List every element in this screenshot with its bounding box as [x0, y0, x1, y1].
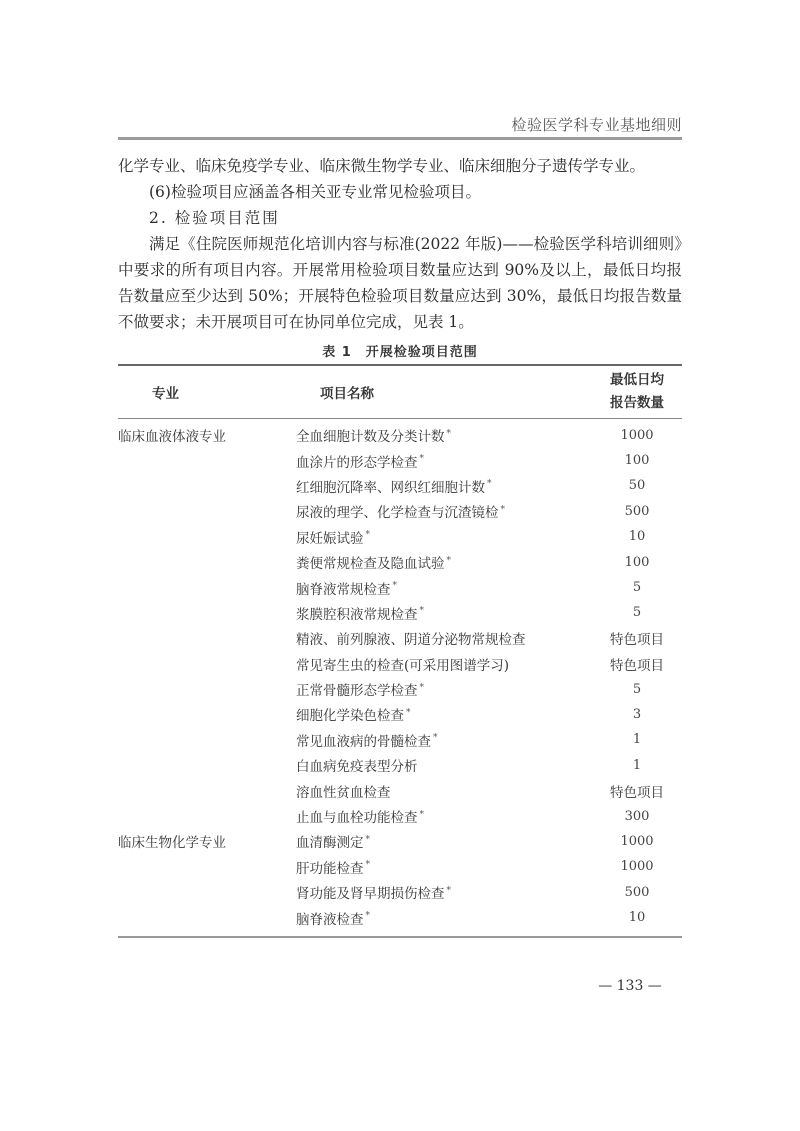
- required-asterisk: *: [420, 606, 425, 616]
- cell-item-name: 全血细胞计数及分类计数*: [296, 425, 592, 445]
- cell-min-daily-count: 5: [592, 682, 682, 697]
- cell-item-name: 尿妊娠试验*: [296, 527, 592, 547]
- item-name-text: 常见寄生虫的检查(可采用图谱学习): [296, 658, 509, 674]
- table-row: 常见血液病的骨髓检查*1: [118, 727, 682, 752]
- required-asterisk: *: [366, 835, 371, 845]
- running-header-title: 检验医学科专业基地细则: [118, 114, 682, 135]
- required-asterisk: *: [420, 810, 425, 820]
- table-row: 尿液的理学、化学检查与沉渣镜检*500: [118, 499, 682, 524]
- cell-item-name: 白血病免疫表型分析: [296, 755, 592, 775]
- table-row: 白血病免疫表型分析1: [118, 753, 682, 778]
- table-header: 专业 项目名称 最低日均 报告数量: [118, 366, 682, 418]
- page-number: — 133 —: [560, 978, 700, 994]
- cell-specialty: 临床生物化学专业: [118, 831, 296, 851]
- paragraph-item-6: (6)检验项目应涵盖各相关亚专业常见检验项目。: [118, 179, 682, 205]
- cell-min-daily-count: 5: [592, 580, 682, 595]
- header-min-daily-line2: 报告数量: [592, 392, 682, 415]
- paragraph-continuation: 化学专业、临床免疫学专业、临床微生物学专业、临床细胞分子遗传学专业。: [118, 153, 682, 179]
- item-name-text: 血涂片的形态学检查: [296, 455, 418, 471]
- cell-item-name: 常见寄生虫的检查(可采用图谱学习): [296, 654, 592, 674]
- item-name-text: 肝功能检查: [296, 861, 364, 877]
- cell-item-name: 肝功能检查*: [296, 857, 592, 877]
- cell-min-daily-count: 3: [592, 707, 682, 722]
- cell-item-name: 精液、前列腺液、阴道分泌物常规检查: [296, 628, 592, 648]
- required-asterisk: *: [447, 886, 452, 896]
- cell-specialty: 临床血液体液专业: [118, 425, 296, 445]
- cell-item-name: 粪便常规检查及隐血试验*: [296, 552, 592, 572]
- body-text: 化学专业、临床免疫学专业、临床微生物学专业、临床细胞分子遗传学专业。 (6)检验…: [118, 153, 682, 335]
- table-row: 精液、前列腺液、阴道分泌物常规检查特色项目: [118, 626, 682, 651]
- table-row: 尿妊娠试验*10: [118, 524, 682, 549]
- cell-min-daily-count: 10: [592, 529, 682, 544]
- item-name-text: 肾功能及肾早期损伤检查: [296, 886, 445, 902]
- item-name-text: 溶血性贫血检查: [296, 785, 391, 801]
- header-item-name: 项目名称: [296, 382, 592, 402]
- cell-min-daily-count: 1000: [592, 834, 682, 849]
- header-min-daily-line1: 最低日均: [592, 369, 682, 392]
- item-name-text: 血清酶测定: [296, 835, 364, 851]
- header-min-daily: 最低日均 报告数量: [592, 369, 682, 415]
- item-name-text: 精液、前列腺液、阴道分泌物常规检查: [296, 632, 526, 648]
- cell-min-daily-count: 1000: [592, 428, 682, 443]
- cell-min-daily-count: 1000: [592, 859, 682, 874]
- cell-item-name: 血涂片的形态学检查*: [296, 451, 592, 471]
- table-row: 血涂片的形态学检查*100: [118, 448, 682, 473]
- required-asterisk: *: [366, 860, 371, 870]
- cell-item-name: 浆膜腔积液常规检查*: [296, 603, 592, 623]
- cell-item-name: 红细胞沉降率、网织红细胞计数*: [296, 476, 592, 496]
- table-row: 止血与血栓功能检查*300: [118, 803, 682, 828]
- required-asterisk: *: [420, 683, 425, 693]
- table-row: 细胞化学染色检查*3: [118, 702, 682, 727]
- cell-min-daily-count: 300: [592, 809, 682, 824]
- table-bottom-rule: [118, 936, 682, 938]
- table-row: 浆膜腔积液常规检查*5: [118, 600, 682, 625]
- item-name-text: 止血与血栓功能检查: [296, 810, 418, 826]
- table: 专业 项目名称 最低日均 报告数量 临床血液体液专业全血细胞计数及分类计数*10…: [118, 364, 682, 938]
- cell-item-name: 脑脊液检查*: [296, 908, 592, 928]
- table-row: 粪便常规检查及隐血试验*100: [118, 549, 682, 574]
- item-name-text: 脑脊液常规检查: [296, 582, 391, 598]
- table-row: 脑脊液检查*10: [118, 905, 682, 930]
- table-row: 临床血液体液专业全血细胞计数及分类计数*1000: [118, 423, 682, 448]
- required-asterisk: *: [420, 454, 425, 464]
- item-name-text: 浆膜腔积液常规检查: [296, 607, 418, 623]
- cell-item-name: 正常骨髓形态学检查*: [296, 679, 592, 699]
- item-name-text: 粪便常规检查及隐血试验: [296, 556, 445, 572]
- table-row: 正常骨髓形态学检查*5: [118, 676, 682, 701]
- table-row: 脑脊液常规检查*5: [118, 575, 682, 600]
- cell-min-daily-count: 特色项目: [592, 781, 682, 801]
- required-asterisk: *: [366, 911, 371, 921]
- item-name-text: 红细胞沉降率、网织红细胞计数: [296, 480, 485, 496]
- table-row: 肾功能及肾早期损伤检查*500: [118, 880, 682, 905]
- table-row: 肝功能检查*1000: [118, 854, 682, 879]
- cell-item-name: 血清酶测定*: [296, 831, 592, 851]
- header-specialty: 专业: [118, 382, 296, 402]
- item-name-text: 常见血液病的骨髓检查: [296, 734, 431, 750]
- paragraph-scope: 满足《住院医师规范化培训内容与标准(2022 年版)——检验医学科培训细则》中要…: [118, 231, 682, 335]
- cell-item-name: 细胞化学染色检查*: [296, 704, 592, 724]
- cell-item-name: 止血与血栓功能检查*: [296, 806, 592, 826]
- cell-min-daily-count: 100: [592, 453, 682, 468]
- cell-item-name: 脑脊液常规检查*: [296, 578, 592, 598]
- cell-min-daily-count: 特色项目: [592, 628, 682, 648]
- table-row: 溶血性贫血检查特色项目: [118, 778, 682, 803]
- table-row: 常见寄生虫的检查(可采用图谱学习)特色项目: [118, 651, 682, 676]
- required-asterisk: *: [433, 733, 438, 743]
- item-name-text: 脑脊液检查: [296, 912, 364, 928]
- item-name-text: 白血病免疫表型分析: [296, 759, 418, 775]
- cell-min-daily-count: 500: [592, 885, 682, 900]
- table-body: 临床血液体液专业全血细胞计数及分类计数*1000血涂片的形态学检查*100红细胞…: [118, 419, 682, 937]
- required-asterisk: *: [366, 530, 371, 540]
- cell-item-name: 常见血液病的骨髓检查*: [296, 730, 592, 750]
- cell-min-daily-count: 1: [592, 732, 682, 747]
- required-asterisk: *: [447, 556, 452, 566]
- table-row: 红细胞沉降率、网织红细胞计数*50: [118, 473, 682, 498]
- required-asterisk: *: [501, 505, 506, 515]
- required-asterisk: *: [447, 429, 452, 439]
- cell-min-daily-count: 100: [592, 555, 682, 570]
- cell-item-name: 溶血性贫血检查: [296, 781, 592, 801]
- item-name-text: 细胞化学染色检查: [296, 708, 404, 724]
- cell-item-name: 尿液的理学、化学检查与沉渣镜检*: [296, 501, 592, 521]
- table-caption: 表 1 开展检验项目范围: [118, 341, 682, 360]
- cell-min-daily-count: 5: [592, 605, 682, 620]
- required-asterisk: *: [393, 581, 398, 591]
- cell-min-daily-count: 500: [592, 504, 682, 519]
- item-name-text: 尿液的理学、化学检查与沉渣镜检: [296, 505, 499, 521]
- table-row: 临床生物化学专业血清酶测定*1000: [118, 829, 682, 854]
- required-asterisk: *: [487, 479, 492, 489]
- item-name-text: 尿妊娠试验: [296, 531, 364, 547]
- cell-min-daily-count: 1: [592, 758, 682, 773]
- cell-min-daily-count: 50: [592, 478, 682, 493]
- cell-min-daily-count: 10: [592, 910, 682, 925]
- cell-item-name: 肾功能及肾早期损伤检查*: [296, 882, 592, 902]
- item-name-text: 全血细胞计数及分类计数: [296, 429, 445, 445]
- section-heading: 2. 检验项目范围: [118, 205, 682, 231]
- cell-min-daily-count: 特色项目: [592, 654, 682, 674]
- item-name-text: 正常骨髓形态学检查: [296, 683, 418, 699]
- required-asterisk: *: [406, 708, 411, 718]
- header-rule: [118, 137, 682, 140]
